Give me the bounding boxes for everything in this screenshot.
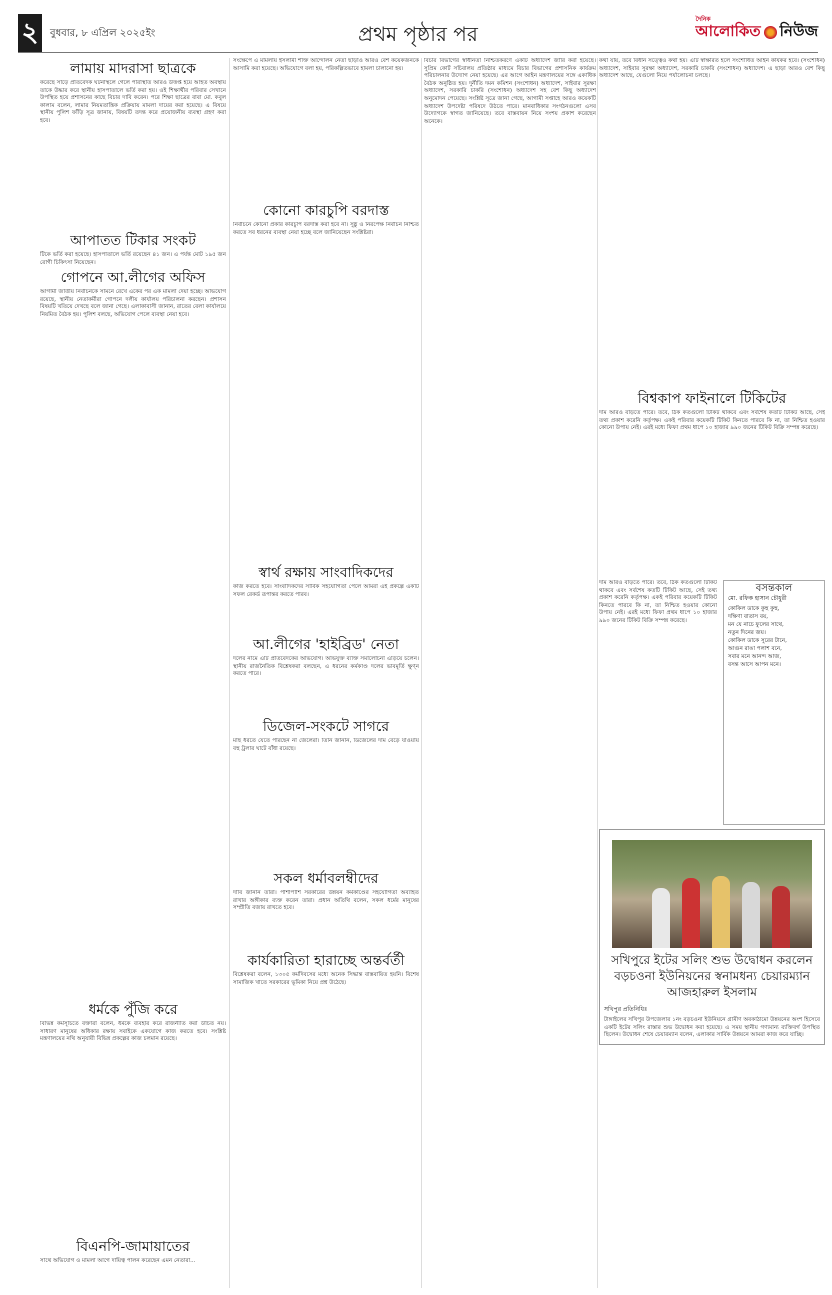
article-body: কাজ করতে হবে। সাংবাদিকদের সার্বিক সহযোগি…	[233, 584, 419, 634]
column-3: বিচার বিভাগের স্বাধীনতা নিশ্চিতকরণে একটি…	[424, 58, 596, 1295]
column-4: কথা যায়, তবে বিধান সত্ত্বেও কথা হয়। এট…	[599, 58, 825, 1295]
poem-author: মো. রফিক হাসান চৌধুরী	[728, 595, 820, 603]
byline: সখিপুর প্রতিনিধিঃ	[604, 1004, 820, 1015]
news-photo	[612, 840, 812, 948]
article-body: কথা যায়, তবে বিধান সত্ত্বেও কথা হয়। এট…	[599, 58, 825, 388]
article-continued-right: কথা যায়, তবে বিধান সত্ত্বেও কথা হয়। এট…	[599, 58, 825, 388]
article-hybrid-leader: আ.লীগের 'হাইব্রিড' নেতা দলের নামে এটি প্…	[233, 637, 419, 716]
article-body: আগামী জাতীয় নির্বাচনকে সামনে রেখে একের …	[40, 289, 226, 999]
poem-line: নতুন দিনের জয়।	[728, 629, 820, 637]
article-madrasa-student: লামায় মাদরাসা ছাত্রকে করেছে সাড়ে প্রতি…	[40, 61, 226, 230]
headline: কোনো কারচুপি বরদাস্ত	[233, 203, 419, 220]
masthead: ২ বুধবার, ৮ এপ্রিল ২০২৫ইং প্রথম পৃষ্ঠার …	[18, 14, 818, 52]
article-journalists-interest: স্বার্থ রক্ষায় সাংবাদিকদের কাজ করতে হবে…	[233, 565, 419, 634]
poem-line: বসন্ত আসে আপন মনে।	[728, 661, 820, 669]
article-vaccine-crisis: আপাতত টিকার সংকট টিকে ভর্তি করা হয়েছে। …	[40, 233, 226, 267]
poem-line: আগুন রাঙা পলাশ বনে,	[728, 645, 820, 653]
headline: কার্যকারিতা হারাচ্ছে অন্তর্বর্তী	[233, 953, 419, 970]
poem-line: মন যে নাচে ফুলের সাথে,	[728, 621, 820, 629]
article-body: করেছে সাড়ে প্রতিবেদক ঘটনাস্থলে গেলে পরি…	[40, 80, 226, 230]
masthead-rule	[18, 52, 818, 53]
headline: ডিজেল-সংকটে সাগরে	[233, 719, 419, 736]
article-body: মাছ ধরতে যেতে পারছেন না জেলেরা। তিনি জান…	[233, 738, 419, 868]
poem-box: বসন্তকাল মো. রফিক হাসান চৌধুরী কোকিল ডাক…	[723, 580, 825, 825]
article-body: বিচার বিভাগের স্বাধীনতা নিশ্চিতকরণে একটি…	[424, 58, 596, 126]
article-continued: সংক্ষেপে এ মামলায় ইসলামী শক্তি আন্দোলন …	[233, 58, 419, 200]
article-body: নির্বাচনে কোনো প্রকার কারচুপি বরদাস্ত কর…	[233, 222, 419, 562]
article-body: দাম আরও বাড়তে পারে। তবে, ঠিক কতগুলো টিক…	[599, 410, 825, 580]
article-body: টাঙ্গাইলের সখিপুর উপজেলার ১নং বড়চওনা ইউ…	[604, 1017, 820, 1040]
headline: ধর্মকে পুঁজি করে	[40, 1002, 226, 1019]
article-interim-efficacy: কার্যকারিতা হারাচ্ছে অন্তর্বর্তী বিশ্লেষ…	[233, 953, 419, 987]
logo-emblem-icon	[764, 26, 777, 39]
headline: স্বার্থ রক্ষায় সাংবাদিকদের	[233, 565, 419, 582]
column-divider	[229, 58, 230, 1288]
newspaper-logo: দৈনিক আলোকিত নিউজ	[696, 20, 818, 45]
article-body: দলের নামে এটি প্রতিবেদকের অভিযোগ। অভিযুক…	[233, 656, 419, 716]
column-divider	[421, 58, 422, 1288]
poem-line: সবার মনে আনন্দ আজ,	[728, 653, 820, 661]
headline: আপাতত টিকার সংকট	[40, 233, 226, 250]
headline: সকল ধর্মাবলম্বীদের	[233, 871, 419, 888]
article-secret-office: গোপনে আ.লীগের অফিস আগামী জাতীয় নির্বাচন…	[40, 270, 226, 999]
article-religion-capital: ধর্মকে পুঁজি করে বিভিন্ন কর্মসূচিতে বক্ত…	[40, 1002, 226, 1236]
article-no-rigging: কোনো কারচুপি বরদাস্ত নির্বাচনে কোনো প্রক…	[233, 203, 419, 562]
article-diesel-crisis: ডিজেল-সংকটে সাগরে মাছ ধরতে যেতে পারছেন ন…	[233, 719, 419, 868]
column-2: সংক্ষেপে এ মামলায় ইসলামী শক্তি আন্দোলন …	[233, 58, 419, 1295]
article-bnp-jamaat: বিএনপি-জামায়াতের সাথে অভিযোগ ও মামলা আগ…	[40, 1239, 226, 1266]
article-body: বিশ্লেষকরা বলেন, ১৩০৫ কর্মদিবসের মধ্যে অ…	[233, 972, 419, 987]
logo-tagline: দৈনিক	[696, 14, 711, 25]
article-body: সাথে অভিযোগ ও মামলা আগে দায়িত্ব পালন কর…	[40, 1258, 226, 1266]
article-worldcup-tickets: বিশ্বকাপ ফাইনালে টিকিটের দাম আরও বাড়তে …	[599, 391, 825, 580]
column-1: লামায় মাদরাসা ছাত্রকে করেছে সাড়ে প্রতি…	[40, 58, 226, 1295]
headline: লামায় মাদরাসা ছাত্রকে	[40, 61, 226, 78]
article-body: দাম আরও বাড়তে পারে। তবে, ঠিক কতগুলো টিক…	[599, 580, 717, 825]
photo-story: সখিপুরে ইটের সলিং শুভ উদ্বোধন করলেন বড়চ…	[599, 829, 825, 1045]
logo-name-black: নিউজ	[780, 20, 818, 45]
article-ordinance: বিচার বিভাগের স্বাধীনতা নিশ্চিতকরণে একটি…	[424, 58, 596, 126]
article-body: টিকে ভর্তি করা হয়েছে। হাসপাতালে ভর্তি র…	[40, 252, 226, 267]
headline: বিএনপি-জামায়াতের	[40, 1239, 226, 1256]
headline: বিশ্বকাপ ফাইনালে টিকিটের	[599, 391, 825, 408]
headline: আ.লীগের 'হাইব্রিড' নেতা	[233, 637, 419, 654]
poem-title: বসন্তকাল	[728, 585, 820, 593]
article-all-religions: সকল ধর্মাবলম্বীদের দাবি জানান তারা। পাশা…	[233, 871, 419, 950]
poem-line: দক্ষিণা বাতাস বয়,	[728, 613, 820, 621]
article-body: বিভিন্ন কর্মসূচিতে বক্তারা বলেন, ধর্মকে …	[40, 1021, 226, 1236]
column-divider	[597, 58, 598, 1288]
headline: গোপনে আ.লীগের অফিস	[40, 270, 226, 287]
photo-story-headline: সখিপুরে ইটের সলিং শুভ উদ্বোধন করলেন বড়চ…	[604, 952, 820, 1000]
article-body: দাবি জানান তারা। পাশাপাশি সরকারের উন্নয়…	[233, 890, 419, 950]
poem-section: দাম আরও বাড়তে পারে। তবে, ঠিক কতগুলো টিক…	[599, 580, 825, 825]
article-body: সংক্ষেপে এ মামলায় ইসলামী শক্তি আন্দোলন …	[233, 58, 419, 200]
poem-line: কোকিল ডাকে কুহু কুহু,	[728, 605, 820, 613]
poem-line: কোকিল ডাকে সুরের টানে,	[728, 637, 820, 645]
